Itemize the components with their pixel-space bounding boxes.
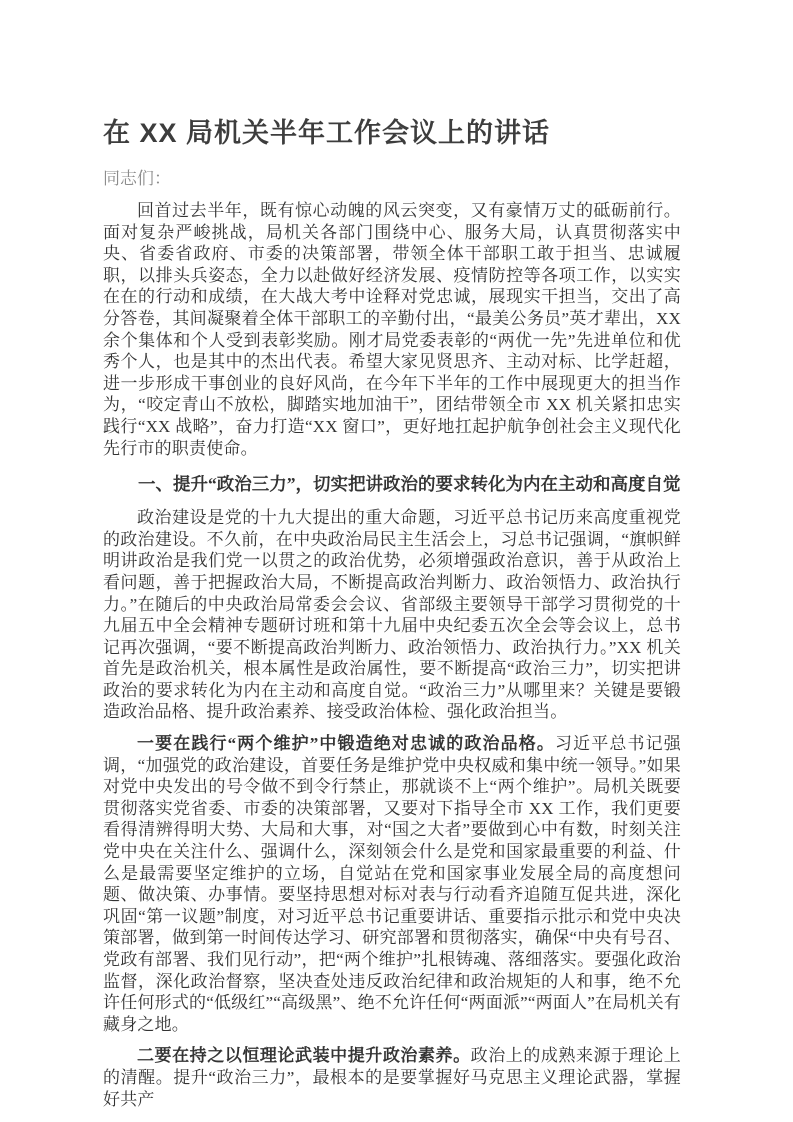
body-paragraph: 一要在践行“两个维护”中锻造绝对忠诚的政治品格。习近平总书记强调，“加强党的政治… [103,733,681,1035]
paragraph-text: 习近平总书记强调，“加强党的政治建设，首要任务是维护党中央权威和集中统一领导。”… [103,734,681,1034]
salutation: 同志们： [103,168,681,190]
paragraph-bold-lead: 二要在持之以恒理论武装中提升政治素养。 [137,1046,471,1065]
body-paragraph: 二要在持之以恒理论武装中提升政治素养。政治上的成熟来源于理论上的清醒。提升“政治… [103,1045,681,1110]
document-title: 在 XX 局机关半年工作会议上的讲话 [103,116,681,150]
document-page: 在 XX 局机关半年工作会议上的讲话 同志们： 回首过去半年，既有惊心动魄的风云… [0,0,793,1122]
body-paragraph: 回首过去半年，既有惊心动魄的风云突变，又有豪情万丈的砥砺前行。面对复杂严峻挑战，… [103,200,681,459]
body-paragraph: 政治建设是党的十九大提出的重大命题，习近平总书记历来高度重视党的政治建设。不久前… [103,507,681,723]
paragraph-bold-lead: 一要在践行“两个维护”中锻造绝对忠诚的政治品格。 [137,734,555,753]
section-heading: 一、提升“政治三力”，切实把讲政治的要求转化为内在主动和高度自觉 [103,473,681,495]
document-body: 回首过去半年，既有惊心动魄的风云突变，又有豪情万丈的砥砺前行。面对复杂严峻挑战，… [103,200,681,1110]
